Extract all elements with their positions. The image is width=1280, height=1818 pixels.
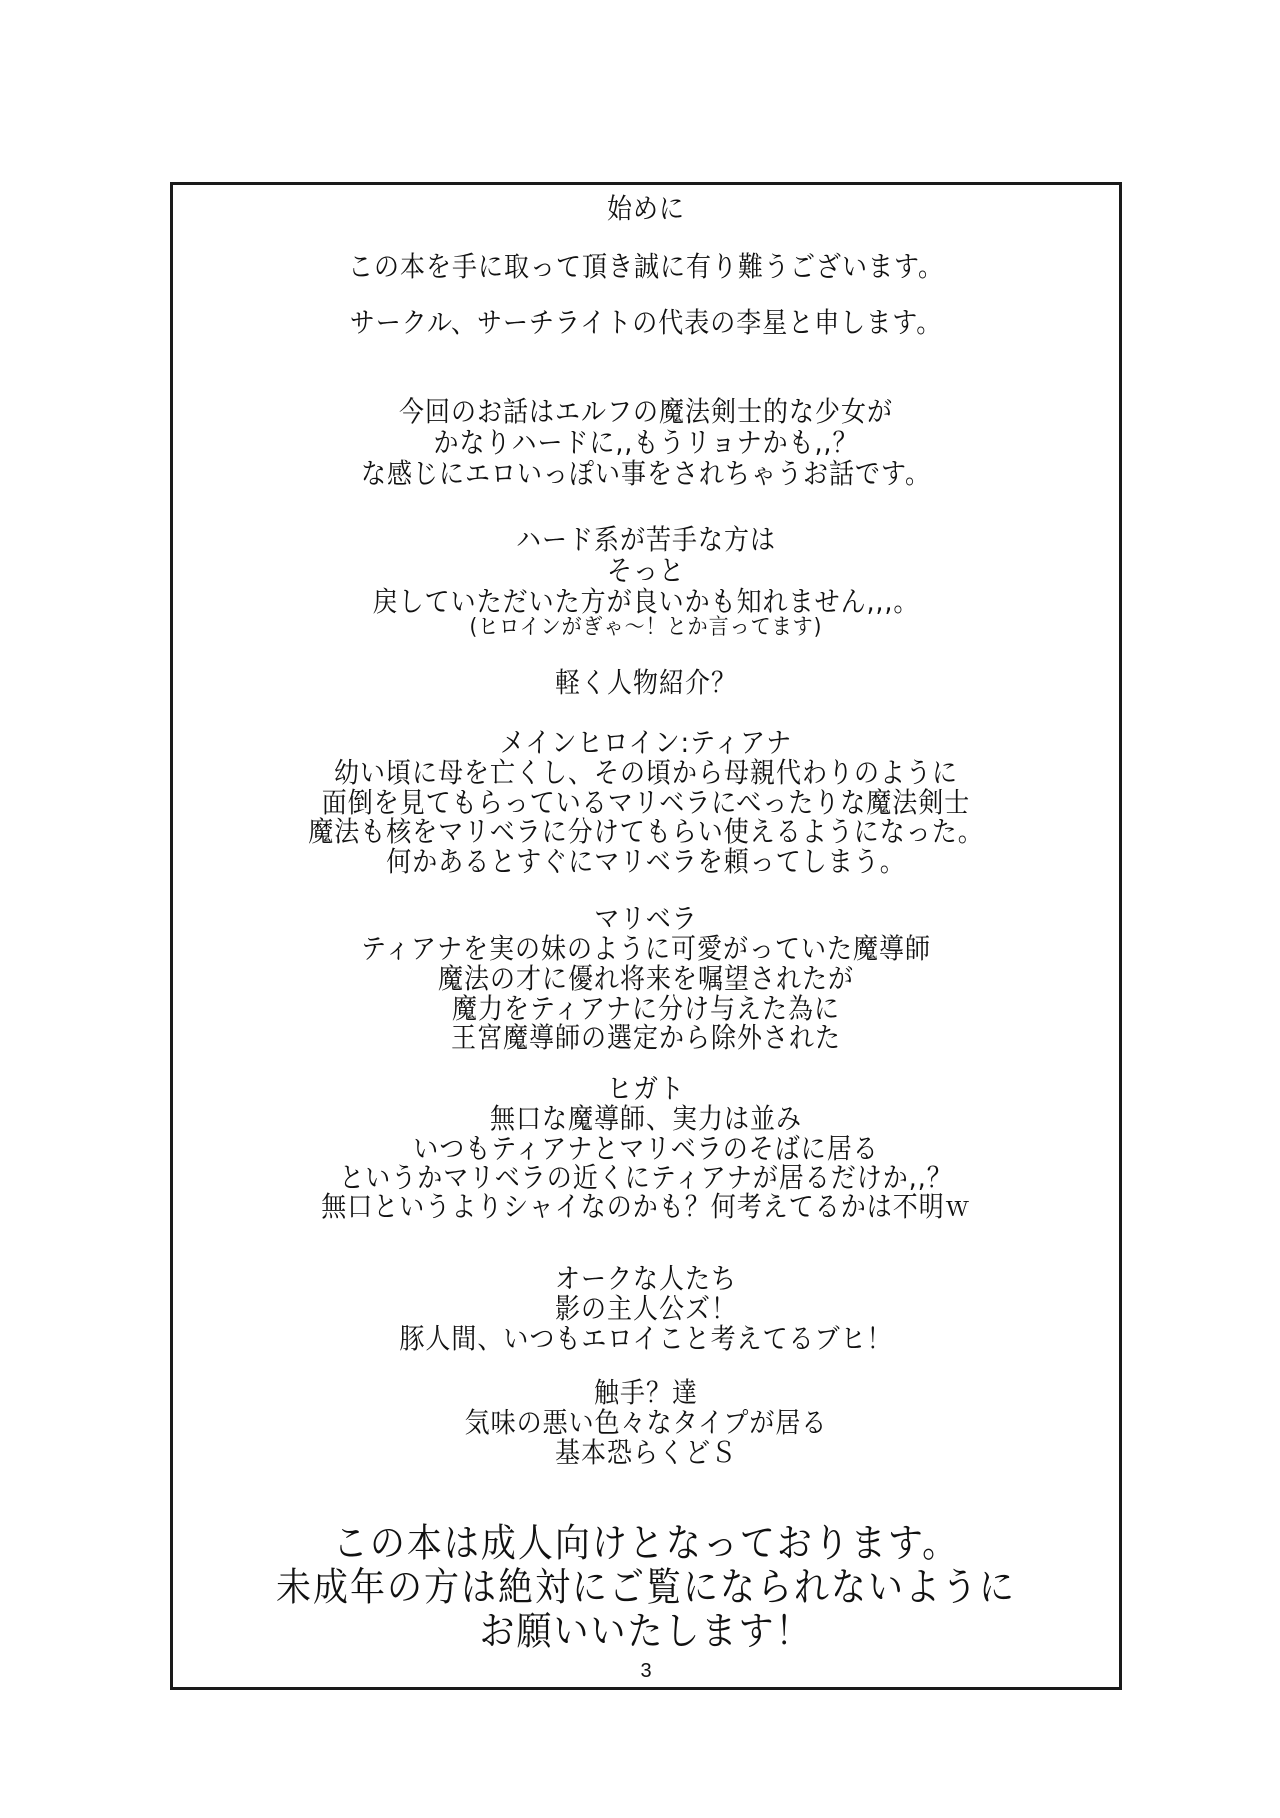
character-description-line: 魔法の才に優れ将来を嘱望されたが <box>170 962 1122 996</box>
greeting-line: この本を手に取って頂き誠に有り難うございます。 <box>170 250 1122 284</box>
warning-line: そっと <box>170 554 1122 588</box>
character-description-line: 無口な魔導師、実力は並み <box>170 1102 1122 1136</box>
character-description-line: 気味の悪い色々なタイプが居る <box>170 1406 1122 1440</box>
warning-note: (ヒロインがぎゃ～！とか言ってます) <box>170 614 1122 639</box>
story-intro-line: な感じにエロいっぽい事をされちゃうお話です。 <box>170 457 1122 491</box>
adult-notice-line: この本は成人向けとなっております。 <box>170 1522 1122 1567</box>
greeting-line: サークル、サーチライトの代表の李星と申します。 <box>170 306 1122 340</box>
story-intro-line: かなりハードに,,もうリョナかも,,？ <box>170 426 1122 460</box>
characters-title: 軽く人物紹介？ <box>170 666 1122 700</box>
adult-notice-line: 未成年の方は絶対にご覧になられないように <box>170 1566 1122 1611</box>
character-name: マリベラ <box>170 902 1122 936</box>
story-intro-line: 今回のお話はエルフの魔法剣士的な少女が <box>170 395 1122 429</box>
page-number: 3 <box>170 1660 1122 1682</box>
character-description-line: 王宮魔導師の選定から除外された <box>170 1021 1122 1055</box>
warning-line: ハード系が苦手な方は <box>170 523 1122 557</box>
intro-title: 始めに <box>170 192 1122 226</box>
character-description-line: ティアナを実の妹のように可愛がっていた魔導師 <box>170 932 1122 966</box>
character-name: 触手？達 <box>170 1376 1122 1410</box>
character-description-line: 魔法も核をマリベラに分けてもらい使えるようになった。 <box>170 815 1122 849</box>
character-description-line: 豚人間、いつもエロイこと考えてるブヒ！ <box>170 1322 1122 1356</box>
character-description-line: 影の主人公ズ！ <box>170 1292 1122 1326</box>
character-description-line: 基本恐らくどＳ <box>170 1436 1122 1470</box>
character-name: オークな人たち <box>170 1262 1122 1296</box>
character-description-line: 幼い頃に母を亡くし、その頃から母親代わりのように <box>170 756 1122 790</box>
adult-notice-line: お願いいたします！ <box>170 1610 1122 1655</box>
character-description-line: 無口というよりシャイなのかも？何考えてるかは不明ｗ <box>170 1190 1122 1224</box>
character-description-line: 何かあるとすぐにマリベラを頼ってしまう。 <box>170 845 1122 879</box>
character-name: ヒガト <box>170 1072 1122 1106</box>
character-name: メインヒロイン:ティアナ <box>170 726 1122 760</box>
